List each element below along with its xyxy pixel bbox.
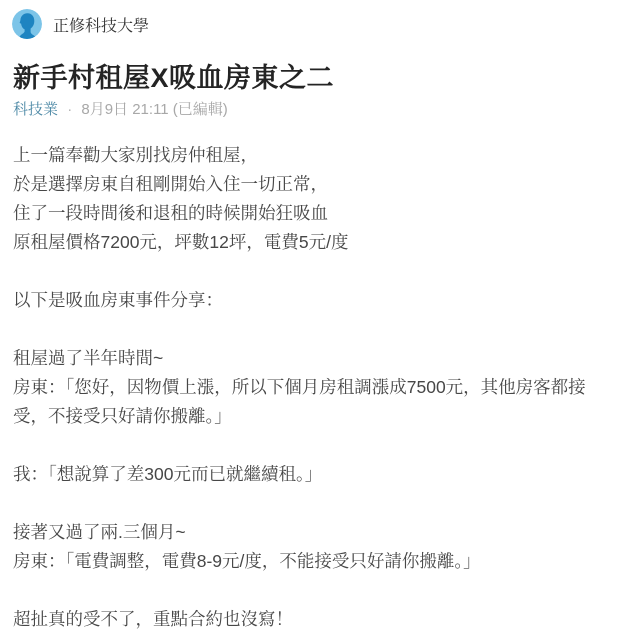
post-paragraph: 上一篇奉勸大家別找房仲租屋， 於是選擇房東自租剛開始入住一切正常， 住了一段時間…	[13, 141, 618, 257]
avatar[interactable]	[12, 9, 42, 39]
post-paragraph: 以下是吸血房東事件分享：	[13, 286, 618, 315]
post-paragraph: 超扯真的受不了，重點合約也沒寫！	[13, 605, 618, 634]
post-page: 正修科技大學 新手村租屋X吸血房東之二 科技業 · 8月9日 21:11 (已編…	[0, 0, 631, 640]
post-timestamp: 8月9日 21:11 (已編輯)	[81, 101, 227, 118]
meta-separator: ·	[67, 101, 72, 118]
post-meta: 科技業 · 8月9日 21:11 (已編輯)	[13, 100, 618, 120]
topic-link[interactable]: 科技業	[13, 101, 58, 118]
post-body: 上一篇奉勸大家別找房仲租屋， 於是選擇房東自租剛開始入住一切正常， 住了一段時間…	[0, 120, 631, 634]
person-icon	[12, 9, 42, 39]
post-paragraph: 租屋過了半年時間~ 房東：「您好，因物價上漲，所以下個月房租調漲成7500元，其…	[13, 344, 618, 431]
post-paragraph: 我：「想說算了差300元而已就繼續租。」	[13, 460, 618, 489]
post-header: 正修科技大學	[0, 0, 631, 39]
post-title: 新手村租屋X吸血房東之二	[13, 58, 618, 98]
post-paragraph: 接著又過了兩.三個月~ 房東：「電費調整，電費8-9元/度，不能接受只好請你搬離…	[13, 518, 618, 576]
school-name[interactable]: 正修科技大學	[53, 13, 149, 36]
